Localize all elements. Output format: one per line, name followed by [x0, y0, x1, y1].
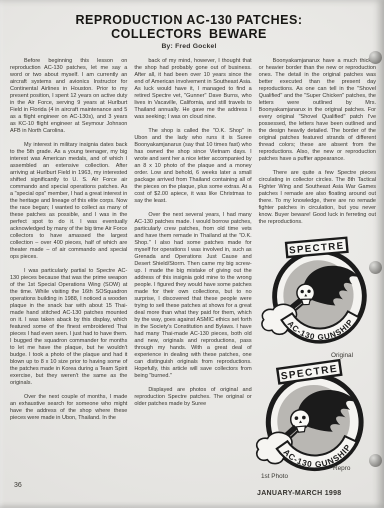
article-title-line2: COLLECTORS BEWARE	[0, 27, 378, 41]
magazine-page: REPRODUCTION AC-130 PATCHES: COLLECTORS …	[0, 0, 384, 508]
paragraph: Over the next several years, I had many …	[134, 212, 251, 380]
paragraph: Displayed are photos of original and rep…	[134, 387, 251, 408]
text-column-1: Before beginning this lesson on reproduc…	[10, 58, 127, 429]
paragraph: The shop is called the "O.K. Shop" in Ub…	[134, 128, 251, 205]
spectre-patch-original-image: AC-130 GUNSHIP SPECTRE	[255, 234, 376, 355]
binder-hole	[369, 51, 382, 64]
paragraph: Before beginning this lesson on reproduc…	[10, 58, 127, 135]
caption-original: Original	[331, 352, 353, 359]
paragraph: My interest in military insignia dates b…	[10, 142, 127, 261]
article-title-line1: REPRODUCTION AC-130 PATCHES:	[0, 13, 378, 27]
binder-hole	[369, 454, 382, 467]
caption-repro: Repro	[333, 465, 350, 472]
paragraph: back of my mind, however, I thought that…	[134, 58, 251, 121]
article-byline: By: Fred Gockel	[0, 43, 378, 50]
issue-date: JANUARY-MARCH 1998	[257, 490, 342, 497]
paragraph: Boonyakamjanarux have a much thicker or …	[259, 58, 376, 163]
paragraph: There are quite a few Spectre pieces cir…	[259, 170, 376, 226]
spectre-patch-repro-image: AC-130 GUNSHIP SPECTRE	[245, 355, 376, 486]
caption-first-photo: 1st Photo	[261, 473, 288, 480]
binder-hole	[369, 261, 382, 274]
text-column-2: back of my mind, however, I thought that…	[134, 58, 251, 429]
page-number: 36	[14, 482, 22, 489]
article-header: REPRODUCTION AC-130 PATCHES: COLLECTORS …	[0, 13, 378, 50]
paragraph: I was particularly partial to Spectre AC…	[10, 268, 127, 387]
paragraph: Over the next couple of months, I made a…	[10, 394, 127, 422]
